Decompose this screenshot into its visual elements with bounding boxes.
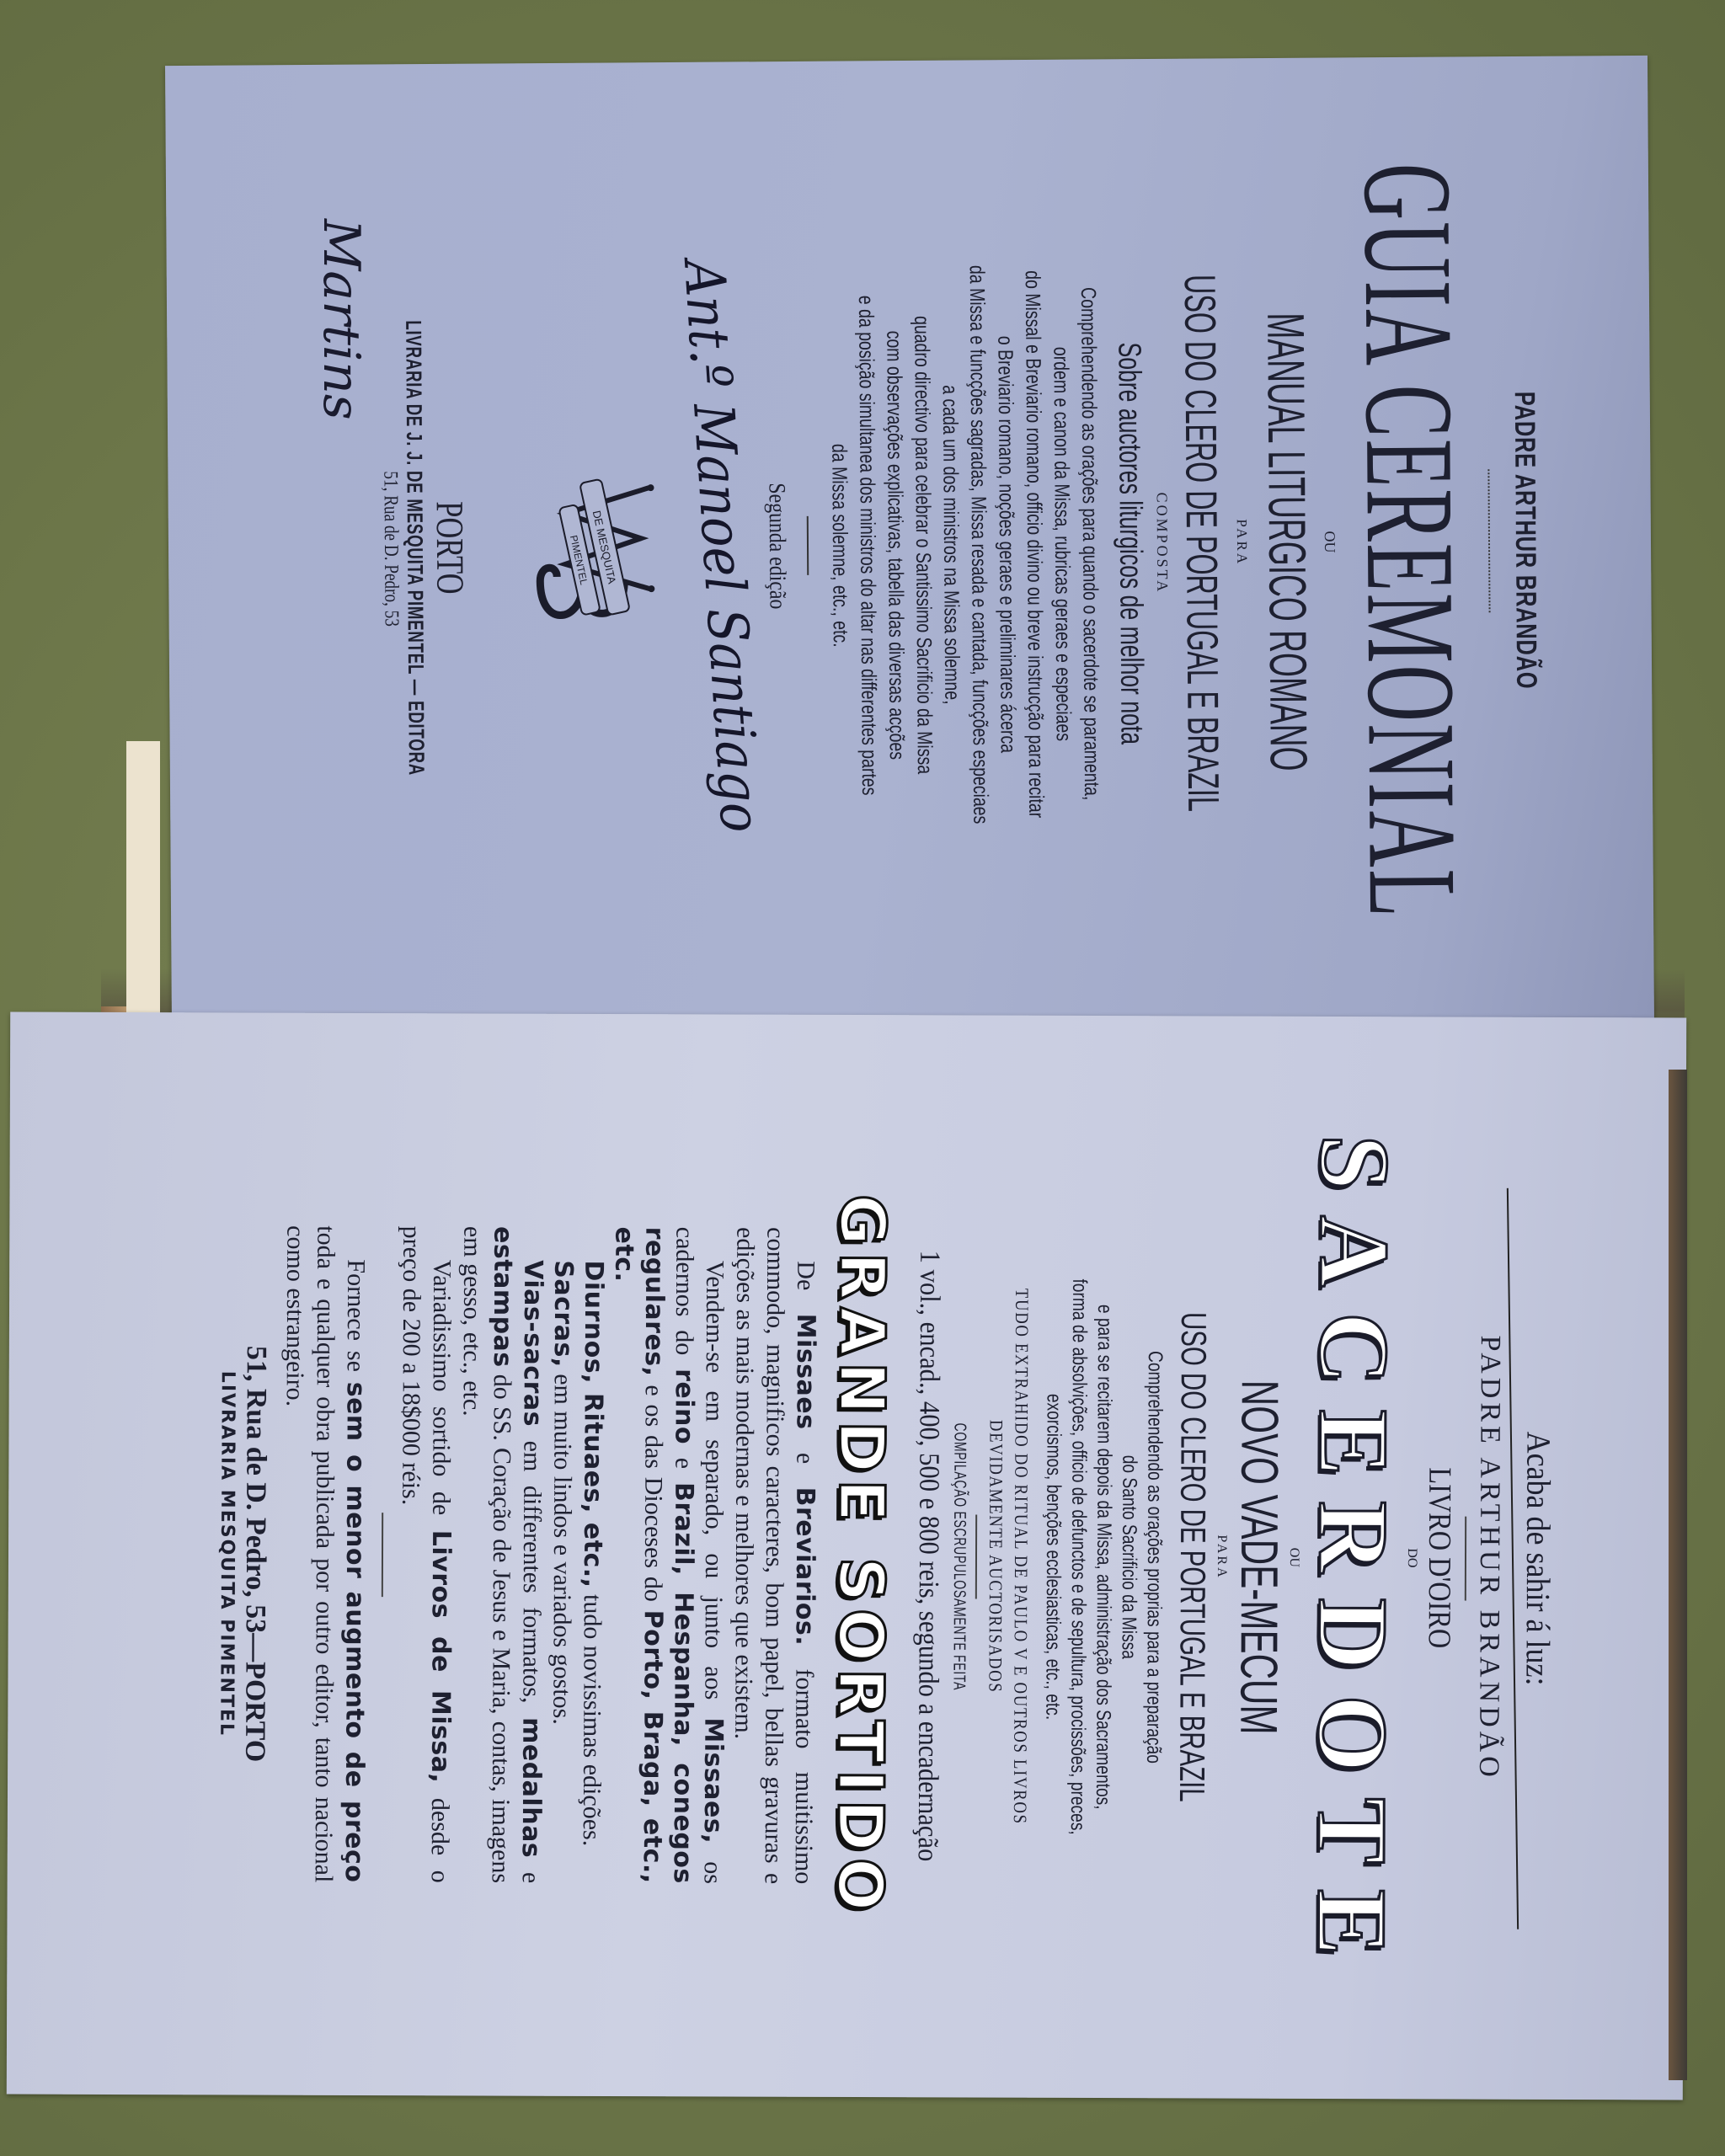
title-page-author: PADRE ARTHUR BRANDÃO [1508,392,1542,690]
ad-paragraph: De Missaes e Breviarios. formato muitiss… [727,1227,820,1884]
ad-ou: OU [1286,1548,1301,1567]
source-line: TUDO EXTRAHIDO DO RITUAL DE PAULO V E OU… [1007,1289,1034,1825]
description-line: da Missa e funcções sagradas, Missa resa… [963,265,995,825]
title-composta: COMPOSTA [1153,493,1172,595]
ornamental-rule [1487,469,1497,612]
ad-paragraph: Variadissimo sortido de Livros de Missa,… [393,1226,457,1883]
endpaper-strip [126,741,160,1019]
title-sources: Sobre auctores liturgicos de melhor nota [1110,342,1149,744]
description-line: o Breviario romano, noções geraes e prel… [991,264,1023,824]
ad-divider [975,1514,976,1598]
ad-audience: USO DO CLERO DE PORTUGAL E BRAZIL [1174,1312,1211,1802]
description-line: forma de absolvições, officio de defunct… [1065,1278,1092,1834]
ad-book-subtitle: NOVO VADE-MECUM [1231,1380,1284,1735]
ad-livro: LIVRO D'OIRO [1421,1467,1459,1648]
publisher-monogram-icon: DE MESQUITA PIMENTEL [531,454,676,640]
ad-heading-rule [1507,1187,1519,1929]
description-line: do Santo Sacrificio da Missa [1115,1278,1142,1834]
ad-paragraph: Fornece se sem o menor augmento de preço… [277,1225,371,1882]
advertisement-content: Acaba de sahir á luz: PADRE ARTHUR BRAND… [7,1012,1686,2100]
title-description: Comprehendendo as orações para quando o … [824,264,1106,825]
title-page: PADRE ARTHUR BRANDÃO GUIA CEREMONIAL OU … [165,56,1654,1034]
handwritten-name-top: Martins [312,219,371,420]
ad-para: PARA [1214,1534,1229,1579]
ad-book-title: SACERDOTE [1301,1134,1404,1981]
binding-edge-right [1669,1070,1687,2080]
publication-city: PORTO [428,501,473,595]
advertisement-page: Acaba de sahir á luz: PADRE ARTHUR BRAND… [7,1012,1686,2100]
ad-price: 1 vol., encad., 400, 500 e 800 reis, seg… [911,1251,945,1862]
ad-address: 51, Rua de D. Pedro, 53—PORTO [236,1225,273,1882]
edition-label: Segunda edição [762,483,790,609]
ad-source: TUDO EXTRAHIDO DO RITUAL DE PAULO V E OU… [983,1289,1035,1825]
description-line: ordem e canon da Missa, rubricas geraes … [1046,264,1078,824]
ad-compilation: COMPILAÇÃO ESCRUPULOSAMENTE FEITA [948,1422,969,1690]
ad-banner: GRANDE SORTIDO [823,1194,898,1918]
ad-paragraph: Sacras, em muito lindos e variados gosto… [545,1226,578,1883]
divider-rule [807,516,809,575]
description-line: exorcismos, benções ecclesiasticas, etc.… [1039,1278,1066,1834]
description-line: e para se recitarem depois da Missa, adm… [1090,1278,1117,1834]
title-page-content: PADRE ARTHUR BRANDÃO GUIA CEREMONIAL OU … [165,56,1654,1034]
description-line: com observações explicativas, tabella da… [879,265,911,825]
ad-publisher: LIVRARIA MESQUITA PIMENTEL [214,1225,238,1882]
ad-heading: Acaba de sahir á luz: [1518,1431,1558,1685]
source-line: DEVIDAMENTE AUCTORISADOS [983,1289,1010,1825]
description-line: Comprehendendo as orações proprias para … [1140,1279,1167,1835]
title-para: PARA [1233,519,1250,566]
ad-description: Comprehendendo as orações proprias para … [1039,1278,1167,1835]
description-line: da Missa solemne, etc., etc. [824,266,856,825]
description-line: quadro directivo para celebrar o Santiss… [907,265,939,825]
title-ou: OU [1321,531,1338,552]
book-subtitle: MANUAL LITURGICO ROMANO [1258,313,1314,772]
ad-divider [1465,1516,1466,1600]
handwritten-signature: Ant.º Manoel Santiago [671,259,773,834]
description-line: e da posição simultanea dos ministros do… [852,266,884,825]
ad-paragraph: Vias-sacras em differentes formatos, med… [454,1226,547,1883]
ad-paragraph: Vendem-se em separado, ou junto aos Miss… [606,1227,729,1884]
ad-author: PADRE ARTHUR BRANDÃO [1472,1335,1506,1780]
publisher-name: LIVRARIA DE J. J. DE MESQUITA PIMENTEL —… [400,321,430,776]
title-audience: USO DO CLERO DE PORTUGAL E BRAZIL [1178,275,1225,812]
ad-paragraph: Diurnos, Rituaes, etc., tudo novissimas … [575,1226,608,1883]
description-line: a cada um dos ministros na Missa solemne… [935,265,967,825]
publisher-address: 51, Rua de D. Pedro, 53 [378,471,402,627]
description-line: Comprehendendo as orações para quando o … [1074,264,1106,824]
ad-divider [381,1513,382,1597]
ad-body-text: De Missaes e Breviarios. formato muitiss… [214,1225,820,1884]
book-title: GUIA CEREMONIAL [1344,163,1476,920]
description-line: do Missal e Breviario romano, officio di… [1018,264,1050,824]
